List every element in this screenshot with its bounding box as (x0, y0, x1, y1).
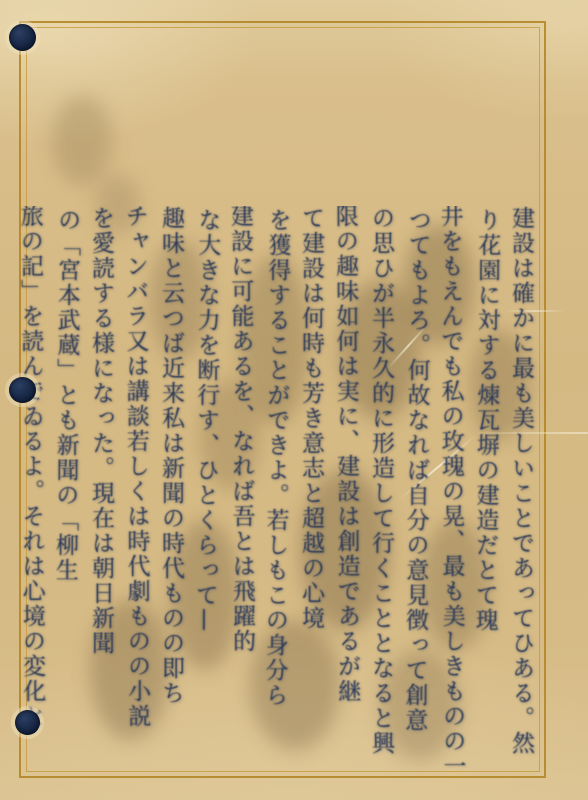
manuscript-column: 建設は確かに最も美しいことであってひある。然 (503, 206, 538, 756)
ink-smudge (404, 225, 474, 345)
ink-smudge (200, 380, 260, 490)
ink-smudge (250, 620, 340, 750)
manuscript-column: 井をもえんでも私の玫瑰の晃、最も美しきものの一 (431, 206, 469, 772)
manuscript-column: 限の趣味如何は実に、建設は創造であるが継 (327, 206, 365, 704)
ink-smudge (90, 600, 170, 740)
manuscript-text: 建設は確かに最も美しいことであってひある。然 り花園に対する煉瓦塀の建造だとて瑰… (14, 206, 538, 772)
page-border-outer (19, 21, 546, 778)
manuscript-column: り花園に対する煉瓦塀の建造だとて瑰 (467, 208, 505, 633)
manuscript-column: を愛読する様になった。現在は朝日新聞 (83, 206, 118, 656)
manuscript-column: 建設に可能あるを、なれば吾とは飛躍的 (222, 206, 259, 654)
manuscript-column: の思ひが半永久的に形造して行くこととなると興 (363, 206, 398, 756)
manuscript-column: チャンバラ又は講談若しくは時代劇ものの小説 (117, 206, 155, 729)
paper-crease (505, 310, 565, 312)
punch-hole (15, 710, 40, 735)
punch-hole (9, 377, 36, 403)
ink-smudge (340, 280, 420, 420)
ink-smudge (300, 470, 390, 630)
manuscript-column: を獲得することができよ。若しもこの身分ら (256, 208, 294, 708)
ink-smudge (380, 650, 460, 760)
punch-hole (9, 24, 36, 51)
paper-crease (387, 323, 428, 369)
manuscript-column: 趣味と云つば近来私は新聞の時代ものの即ち (153, 206, 188, 706)
manuscript-page: 建設は確かに最も美しいことであってひある。然 り花園に対する煉瓦塀の建造だとて瑰… (0, 0, 588, 800)
ink-smudge (240, 255, 310, 425)
manuscript-column: の「宮本武蔵」とも新聞の「柳生 (47, 208, 85, 583)
manuscript-column: な大きな力を断行す、ひとくらって— (187, 208, 225, 633)
ink-smudge (420, 520, 490, 650)
paper-crease (478, 432, 588, 434)
paper-crease (399, 434, 477, 500)
ink-smudge (150, 240, 210, 360)
manuscript-column: つてもよろ。何故なれば自分の意見徴って創意 (396, 208, 435, 733)
page-border-inner (26, 27, 540, 772)
ink-smudge (470, 330, 530, 440)
manuscript-column: 旅の記」を読んでゐるよ。それは心境の変化と (14, 206, 49, 729)
ink-smudge (95, 175, 140, 235)
manuscript-column: て建設は何時も芳き意志と超越の心境 (293, 206, 328, 631)
ink-smudge (52, 95, 112, 185)
ink-smudge (170, 520, 240, 670)
